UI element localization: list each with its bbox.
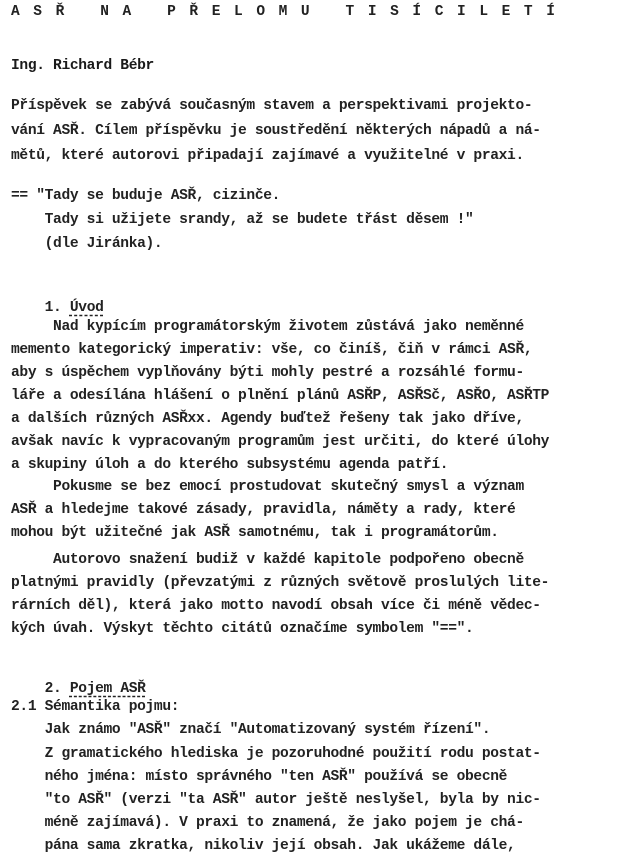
text-line: Jak známo "ASŘ" značí "Automatizovaný sy… — [11, 721, 490, 739]
text-line: mohou být užitečné jak ASŘ samotnému, ta… — [11, 524, 499, 542]
motto-line: == "Tady se buduje ASŘ, cizinče. — [11, 187, 280, 205]
text-line: "to ASŘ" (verzi "ta ASŘ" autor ještě nes… — [11, 791, 541, 809]
document-title: ASŘ NA PŘELOMU TISÍCILETÍ — [11, 4, 569, 20]
abstract-line: Příspěvek se zabývá současným stavem a p… — [11, 97, 532, 115]
text-line: Nad kypícím programátorským životem zůst… — [11, 318, 524, 336]
text-line: ného jména: místo správného "ten ASŘ" po… — [11, 768, 507, 786]
text-line: a skupiny úloh a do kterého subsystému a… — [11, 456, 448, 474]
motto-line: Tady si užijete srandy, až se budete třá… — [11, 211, 473, 229]
text-line: a dalších různých ASŘxx. Agendy buďtež ř… — [11, 410, 524, 428]
text-line: Pokusme se bez emocí prostudovat skutečn… — [11, 478, 524, 496]
text-line: ASŘ a hledejme takové zásady, pravidla, … — [11, 501, 515, 519]
document-page: ASŘ NA PŘELOMU TISÍCILETÍ Ing. Richard B… — [0, 0, 617, 863]
section-label: Pojem ASŘ — [70, 681, 146, 697]
text-line: aby s úspěchem vyplňovány býti mohly pes… — [11, 364, 524, 382]
text-line: kých úvah. Výskyt těchto citátů označíme… — [11, 620, 473, 638]
text-line: avšak navíc k vypracovaným programům jes… — [11, 433, 549, 451]
author-name: Ing. Richard Bébr — [11, 58, 154, 74]
abstract-line: vání ASŘ. Cílem příspěvku je soustředění… — [11, 122, 541, 140]
text-line: memento kategorický imperativ: vše, co č… — [11, 341, 532, 359]
text-line: Autorovo snažení budiž v každé kapitole … — [11, 551, 524, 569]
text-line: pána sama zkratka, nikoliv její obsah. J… — [11, 837, 515, 855]
text-line: platnými pravidly (převzatými z různých … — [11, 574, 549, 592]
motto-line: (dle Jiránka). — [11, 235, 162, 253]
text-line: méně zajímavá). V praxi to znamená, že j… — [11, 814, 524, 832]
section-number: 1. — [45, 300, 62, 316]
text-line: rárních děl), která jako motto navodí ob… — [11, 597, 541, 615]
subsection-heading: 2.1 Sémantika pojmu: — [11, 698, 179, 716]
text-line: láře a odesílána hlášení o plnění plánů … — [11, 387, 549, 405]
text-line: Z gramatického hlediska je pozoruhodné p… — [11, 745, 541, 763]
abstract-line: mětů, které autorovi připadají zajímavé … — [11, 147, 524, 165]
section-number: 2. — [45, 681, 62, 697]
section-label: Úvod — [70, 300, 104, 316]
